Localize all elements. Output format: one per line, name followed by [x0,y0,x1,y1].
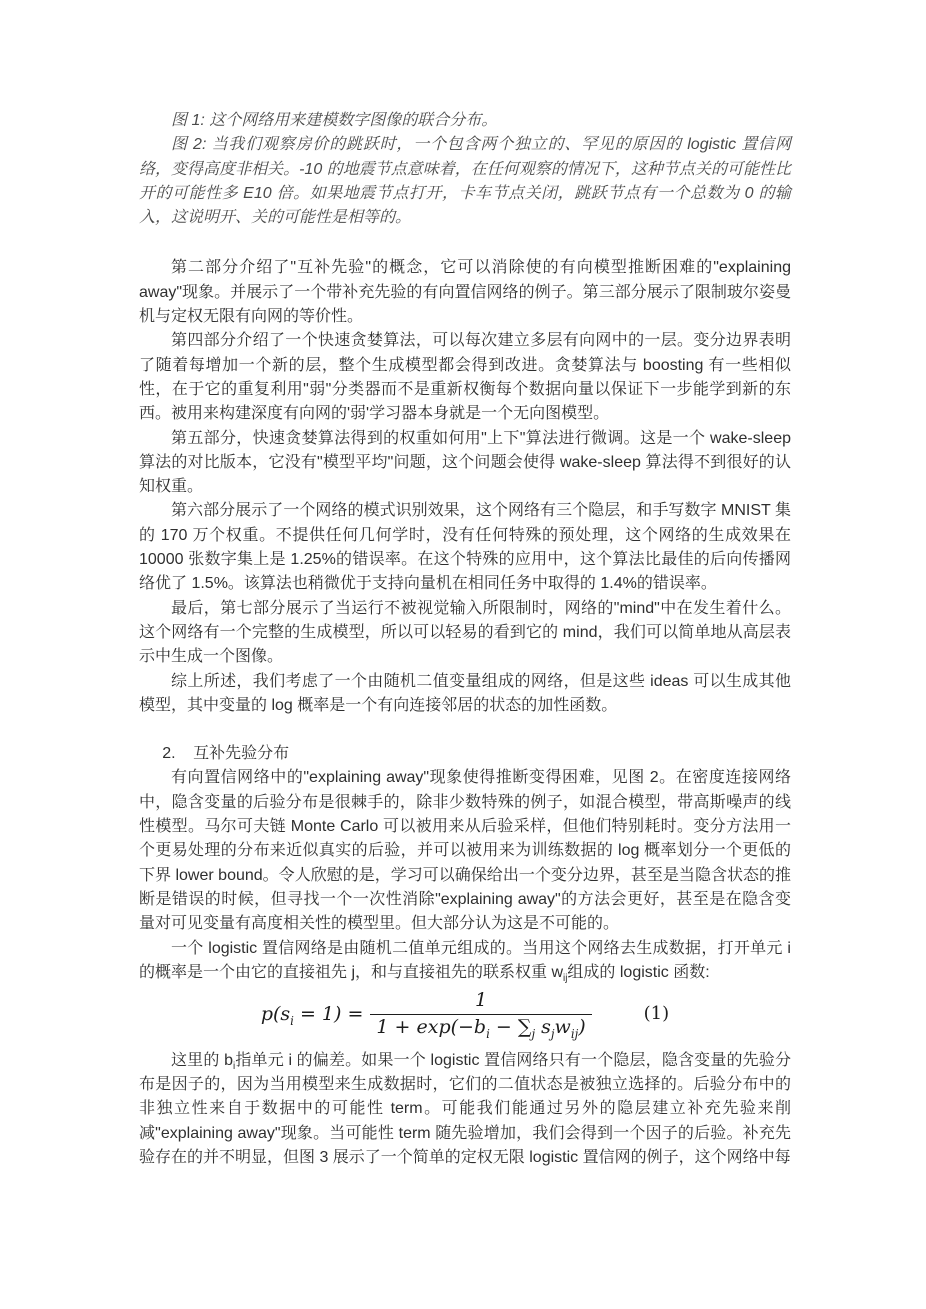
section-2-heading: 2.互补先验分布 [139,742,791,766]
paragraph-part6-overview: 第六部分展示了一个网络的模式识别效果，这个网络有三个隐层，和手写数字 MNIST… [139,499,791,596]
paragraph-explaining-away: 有向置信网络中的"explaining away"现象使得推断变得困难，见图 2… [139,766,791,936]
paragraph-part5-overview: 第五部分，快速贪婪算法得到的权重如何用"上下"算法进行微调。这是一个 wake-… [139,427,791,500]
paragraph-summary: 综上所述，我们考虑了一个由随机二值变量组成的网络，但是这些 ideas 可以生成… [139,670,791,719]
paragraph-part4-overview: 第四部分介绍了一个快速贪婪算法，可以每次建立多层有向网中的一层。变分边界表明了随… [139,329,791,426]
equation-numerator: 1 [469,990,493,1014]
equation-1: p(si = 1) =11 + exp(−bi − ∑j sjwij) (1) [139,990,791,1039]
equation-fraction: 11 + exp(−bi − ∑j sjwij) [370,990,591,1039]
equation-1-math: p(si = 1) =11 + exp(−bi − ∑j sjwij) [261,990,592,1039]
section-title: 互补先验分布 [193,745,289,762]
equation-lhs: p(si = 1) = [261,1004,364,1026]
equation-denominator: 1 + exp(−bi − ∑j sjwij) [370,1014,591,1039]
paragraph-bias-and-priors: 这里的 bi指单元 i 的偏差。如果一个 logistic 置信网络只有一个隐层… [139,1049,791,1170]
figure-caption-2: 图 2: 当我们观察房价的跳跃时，一个包含两个独立的、罕见的原因的 logist… [139,133,791,230]
paragraph-logistic-belief-net: 一个 logistic 置信网络是由随机二值单元组成的。当用这个网络去生成数据，… [139,937,791,986]
paragraph-part2-overview: 第二部分介绍了"互补先验"的概念，它可以消除使的有向模型推断困难的"explai… [139,256,791,329]
section-number: 2. [162,745,175,762]
equation-number: (1) [644,1004,670,1025]
paragraph-part7-overview: 最后，第七部分展示了当运行不被视觉输入所限制时，网络的"mind"中在发生着什么… [139,597,791,670]
figure-caption-1: 图 1: 这个网络用来建模数字图像的联合分布。 [139,109,791,133]
figure-captions-block: 图 1: 这个网络用来建模数字图像的联合分布。 图 2: 当我们观察房价的跳跃时… [139,109,791,230]
document-page: 图 1: 这个网络用来建模数字图像的联合分布。 图 2: 当我们观察房价的跳跃时… [139,109,791,1170]
